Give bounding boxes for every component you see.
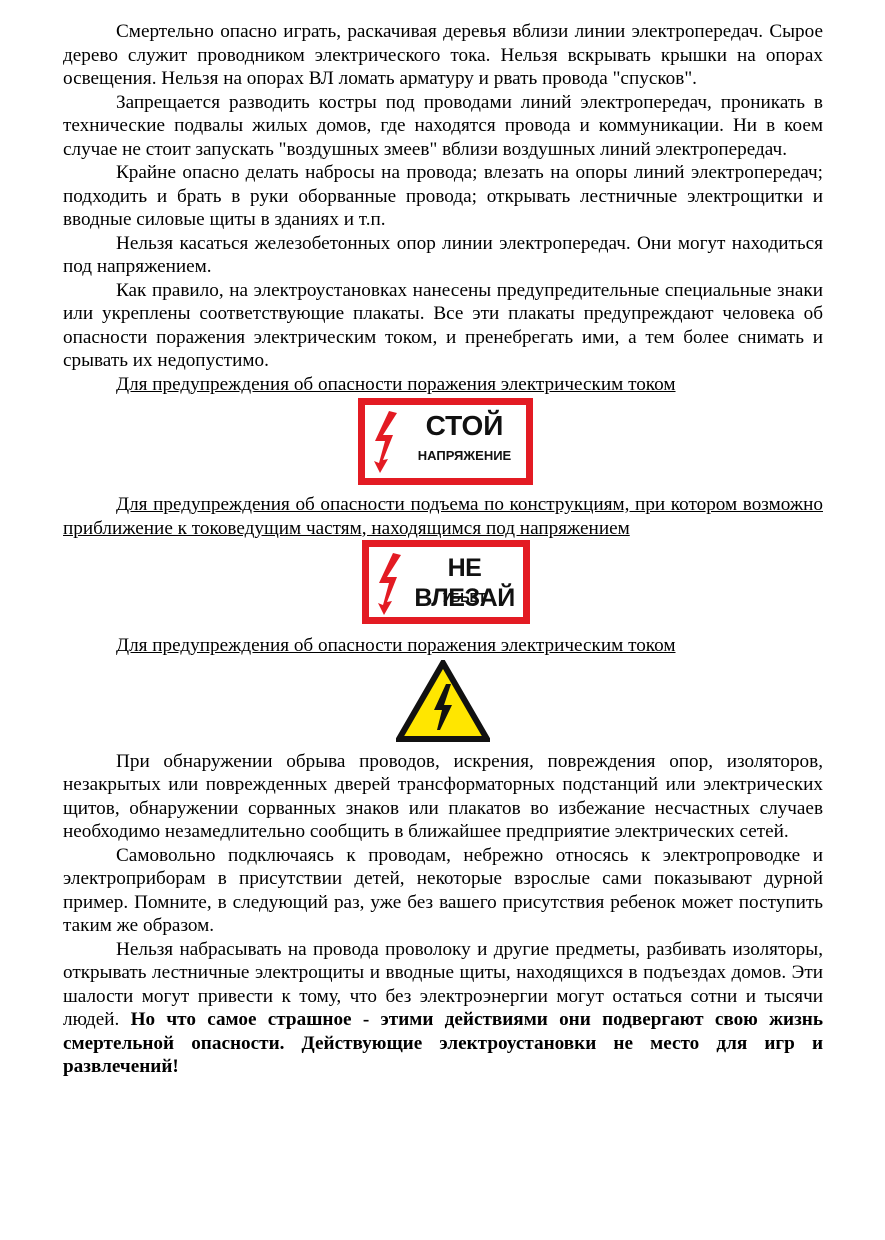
paragraph-report-damage: При обнаружении обрыва проводов, искрени… <box>63 750 823 844</box>
paragraph-poles: Нельзя касаться железобетонных опор лини… <box>63 232 823 279</box>
sign-ne-vlezai-container: НЕ ВЛЕЗАЙ УБЬЕТ <box>63 540 823 634</box>
paragraph-wires: Крайне опасно делать набросы на провода;… <box>63 161 823 232</box>
paragraph-bad-example: Самовольно подключаясь к проводам, небре… <box>63 844 823 938</box>
paragraph-final-warning: Нельзя набрасывать на провода проволоку … <box>63 938 823 1079</box>
lightning-bolt-icon <box>373 553 409 615</box>
sign-caption-3: Для предупреждения об опасности поражени… <box>63 634 823 658</box>
document-page: Смертельно опасно играть, раскачивая дер… <box>63 20 823 1079</box>
sign-stoy-napryazhenie: СТОЙ НАПРЯЖЕНИЕ <box>358 398 533 485</box>
sign-ne-vlezai-ubyet: НЕ ВЛЕЗАЙ УБЬЕТ <box>362 540 530 624</box>
paragraph-trees: Смертельно опасно играть, раскачивая дер… <box>63 20 823 91</box>
paragraph-signs-intro: Как правило, на электроустановках нанесе… <box>63 279 823 373</box>
high-voltage-warning-triangle-icon <box>396 660 490 742</box>
sign-caption-2: Для предупреждения об опасности подъема … <box>63 493 823 540</box>
lightning-bolt-icon <box>369 411 405 473</box>
paragraph-fires: Запрещается разводить костры под провода… <box>63 91 823 162</box>
sign-stoy-container: СТОЙ НАПРЯЖЕНИЕ <box>63 396 823 493</box>
sign-main-text: СТОЙ <box>409 409 520 443</box>
final-bold-text: Но что самое страшное - этими действиями… <box>63 1009 823 1077</box>
warning-triangle-container <box>63 660 823 742</box>
sign-sub-text: УБЬЕТ <box>413 589 517 607</box>
sign-caption-1: Для предупреждения об опасности поражени… <box>63 373 823 397</box>
sign-sub-text: НАПРЯЖЕНИЕ <box>409 447 520 465</box>
